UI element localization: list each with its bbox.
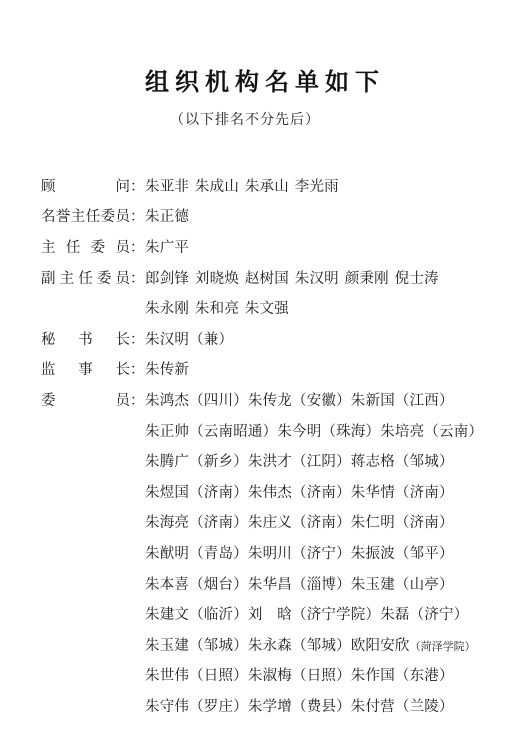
colon-separator: ： — [130, 267, 145, 288]
role-label: 监事长 — [41, 358, 130, 379]
names-main: 朱正帅（云南昭通）朱今明（珠海）朱培亮（云南） — [145, 424, 483, 440]
names-main: 朱海亮（济南）朱庄义（济南）朱仁明（济南） — [145, 515, 454, 531]
names-main: 朱永刚 朱和亮 朱文强 — [145, 301, 289, 317]
row-advisor: 顾问：朱亚非 朱成山 朱承山 李光雨 — [0, 170, 530, 201]
role-label: 名誉主任委员 — [41, 205, 130, 226]
role-label: 副主任委员 — [41, 267, 130, 288]
colon-separator: ： — [130, 358, 145, 379]
role-label: 顾问 — [41, 175, 130, 196]
row-deputy-director: 副主任委员：郎剑锋 刘晓焕 赵树国 朱汉明 颜秉刚 倪士涛 — [0, 262, 530, 293]
names-text: 郎剑锋 刘晓焕 赵树国 朱汉明 颜秉刚 倪士涛 — [145, 267, 439, 288]
row-supervisor: 监事长：朱传新 — [0, 354, 530, 385]
colon-separator: ： — [130, 328, 145, 349]
names-main: 朱鸿杰（四川）朱传龙（安徽）朱新国（江西） — [145, 393, 454, 409]
names-text: 朱玉建（邹城）朱永森（邹城）欧阳安欣（菏泽学院） — [145, 634, 476, 655]
document-page: 组织机构名单如下 （以下排名不分先后） 顾问：朱亚非 朱成山 朱承山 李光雨 名… — [0, 0, 530, 737]
names-main: 朱建文（临沂）刘 晗（济宁学院）朱磊（济宁） — [145, 607, 468, 623]
names-text: 朱本喜（烟台）朱华昌（淄博）朱玉建（山亭） — [145, 573, 454, 594]
page-title: 组织机构名单如下 — [0, 62, 530, 97]
names-main: 朱腾广（新乡）朱洪才（江阴）蒋志格（邹城） — [145, 454, 454, 470]
names-main: 朱传新 — [145, 362, 189, 378]
names-text: 朱传新 — [145, 358, 189, 379]
row-director: 主任委员：朱广平 — [0, 231, 530, 262]
row-committee-line-3: 朱腾广（新乡）朱洪才（江阴）蒋志格（邹城） — [0, 445, 530, 476]
row-committee-line-7: 朱本喜（烟台）朱华昌（淄博）朱玉建（山亭） — [0, 568, 530, 599]
row-committee-line-10: 朱世伟（日照）朱淑梅（日照）朱作国（东港） — [0, 660, 530, 691]
row-committee-line-2: 朱正帅（云南昭通）朱今明（珠海）朱培亮（云南） — [0, 415, 530, 446]
names-main: 朱广平 — [145, 240, 189, 256]
colon-separator: ： — [130, 236, 145, 257]
names-text: 朱腾广（新乡）朱洪才（江阴）蒋志格（邹城） — [145, 450, 454, 471]
names-text: 朱海亮（济南）朱庄义（济南）朱仁明（济南） — [145, 511, 454, 532]
row-committee-line-9: 朱玉建（邹城）朱永森（邹城）欧阳安欣（菏泽学院） — [0, 629, 530, 660]
row-committee-line-8: 朱建文（临沂）刘 晗（济宁学院）朱磊（济宁） — [0, 598, 530, 629]
names-main: 朱正德 — [145, 209, 189, 225]
names-main: 朱守伟（罗庄）朱学增（费县）朱付营（兰陵） — [145, 699, 454, 715]
roster-list: 顾问：朱亚非 朱成山 朱承山 李光雨 名誉主任委员：朱正德 主任委员：朱广平 副… — [0, 170, 530, 721]
names-main: 朱汉明（兼） — [145, 332, 233, 348]
row-committee-line-11: 朱守伟（罗庄）朱学增（费县）朱付营（兰陵） — [0, 690, 530, 721]
names-main: 朱煜国（济南）朱伟杰（济南）朱华情（济南） — [145, 485, 454, 501]
names-text: 朱煜国（济南）朱伟杰（济南）朱华情（济南） — [145, 481, 454, 502]
names-main: 朱世伟（日照）朱淑梅（日照）朱作国（东港） — [145, 668, 454, 684]
role-label: 主任委员 — [41, 236, 130, 257]
names-text: 朱世伟（日照）朱淑梅（日照）朱作国（东港） — [145, 664, 454, 685]
names-small-suffix: （菏泽学院） — [410, 641, 476, 653]
row-committee-line-1: 委员：朱鸿杰（四川）朱传龙（安徽）朱新国（江西） — [0, 384, 530, 415]
names-text: 朱广平 — [145, 236, 189, 257]
role-label: 委员 — [41, 389, 130, 410]
names-text: 朱正德 — [145, 205, 189, 226]
colon-separator: ： — [130, 175, 145, 196]
row-secretary-general: 秘书长：朱汉明（兼） — [0, 323, 530, 354]
row-committee-line-4: 朱煜国（济南）朱伟杰（济南）朱华情（济南） — [0, 476, 530, 507]
row-deputy-director-cont: 朱永刚 朱和亮 朱文强 — [0, 292, 530, 323]
names-text: 朱鸿杰（四川）朱传龙（安徽）朱新国（江西） — [145, 389, 454, 410]
row-honorary-director: 名誉主任委员：朱正德 — [0, 201, 530, 232]
names-text: 朱正帅（云南昭通）朱今明（珠海）朱培亮（云南） — [145, 420, 483, 441]
row-committee-line-5: 朱海亮（济南）朱庄义（济南）朱仁明（济南） — [0, 507, 530, 538]
names-main: 郎剑锋 刘晓焕 赵树国 朱汉明 颜秉刚 倪士涛 — [145, 271, 439, 287]
names-text: 朱永刚 朱和亮 朱文强 — [145, 297, 289, 318]
colon-separator: ： — [130, 205, 145, 226]
names-main: 朱亚非 朱成山 朱承山 李光雨 — [145, 179, 339, 195]
names-main: 朱猷明（青岛）朱明川（济宁）朱振波（邹平） — [145, 546, 454, 562]
page-subtitle: （以下排名不分先后） — [0, 109, 510, 129]
names-text: 朱猷明（青岛）朱明川（济宁）朱振波（邹平） — [145, 542, 454, 563]
names-text: 朱建文（临沂）刘 晗（济宁学院）朱磊（济宁） — [145, 603, 468, 624]
colon-separator: ： — [130, 389, 145, 410]
names-text: 朱亚非 朱成山 朱承山 李光雨 — [145, 175, 339, 196]
role-label: 秘书长 — [41, 328, 130, 349]
names-main: 朱玉建（邹城）朱永森（邹城）欧阳安欣 — [145, 638, 410, 654]
names-text: 朱汉明（兼） — [145, 328, 233, 349]
row-committee-line-6: 朱猷明（青岛）朱明川（济宁）朱振波（邹平） — [0, 537, 530, 568]
names-main: 朱本喜（烟台）朱华昌（淄博）朱玉建（山亭） — [145, 577, 454, 593]
names-text: 朱守伟（罗庄）朱学增（费县）朱付营（兰陵） — [145, 695, 454, 716]
